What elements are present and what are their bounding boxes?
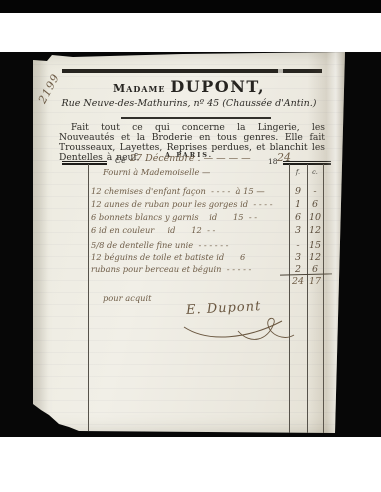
letterhead-title: MadameDUPONT, — [47, 77, 331, 96]
table-row: 12 aunes de ruban pour les gorges id - -… — [91, 199, 323, 210]
row-francs: - — [289, 240, 307, 251]
row-item: rubans pour berceau et béguin - - - - - — [91, 264, 289, 274]
signature-flourish — [178, 313, 308, 353]
table-line-centimes-right — [323, 164, 324, 433]
row-item: 5/8 de dentelle fine unie - - - - - - — [91, 240, 289, 250]
date-printed-prefix: Ce — [115, 156, 126, 165]
signature-block: E. Dupont — [178, 299, 308, 354]
table-row: 12 béguins de toile et batiste id 6 3 12 — [91, 252, 323, 263]
row-centimes: 6 — [307, 199, 323, 210]
table-row: 5/8 de dentelle fine unie - - - - - - - … — [91, 240, 323, 251]
date-rule-left — [62, 161, 107, 165]
row-francs: 3 — [289, 252, 307, 263]
acquit-note: pour acquit — [103, 293, 152, 303]
row-francs: 3 — [289, 225, 307, 236]
letterhead-top-rule — [62, 69, 322, 73]
row-francs: 1 — [289, 199, 307, 210]
row-item: 12 béguins de toile et batiste id 6 — [91, 252, 289, 262]
row-centimes: 15 — [307, 240, 323, 251]
letterhead-address: Rue Neuve-des-Mathurins, nº 45 (Chaussée… — [47, 98, 331, 109]
invoice-paper: 2199 MadameDUPONT, Rue Neuve-des-Mathuri… — [33, 52, 345, 434]
table-row: 12 chemises d'enfant façon - - - - à 15 … — [91, 186, 323, 197]
letterhead-divider-rule — [121, 117, 271, 119]
table-row: rubans pour berceau et béguin - - - - - … — [91, 264, 323, 275]
recipient-line: Fourni à Mademoiselle — — [103, 167, 210, 177]
row-item: 6 bonnets blancs y garnis id 15 - - — [91, 212, 289, 222]
row-francs: 6 — [289, 212, 307, 223]
title-prefix: Madame — [113, 82, 165, 95]
row-item: 12 aunes de ruban pour les gorges id - -… — [91, 199, 289, 209]
total-centimes: 17 — [307, 276, 323, 287]
date-handwritten: 27 Décembre . — — — — — [130, 153, 251, 164]
row-item: 6 id en couleur id 12 - - — [91, 225, 289, 235]
title-name: DUPONT, — [170, 77, 265, 96]
row-centimes: 12 — [307, 225, 323, 236]
table-row: 6 id en couleur id 12 - - 3 12 — [91, 225, 323, 236]
row-centimes: 10 — [307, 212, 323, 223]
scan-frame-top-bar — [0, 0, 381, 13]
table-row: 6 bonnets blancs y garnis id 15 - - 6 10 — [91, 212, 323, 223]
row-francs: 9 — [289, 186, 307, 197]
row-centimes: - — [307, 186, 323, 197]
row-item: 12 chemises d'enfant façon - - - - à 15 … — [91, 186, 289, 196]
row-centimes: 12 — [307, 252, 323, 263]
column-header-francs: f. — [289, 168, 307, 176]
column-header-centimes: c. — [307, 168, 323, 176]
table-line-items — [88, 164, 89, 433]
total-francs: 24 — [289, 276, 307, 287]
